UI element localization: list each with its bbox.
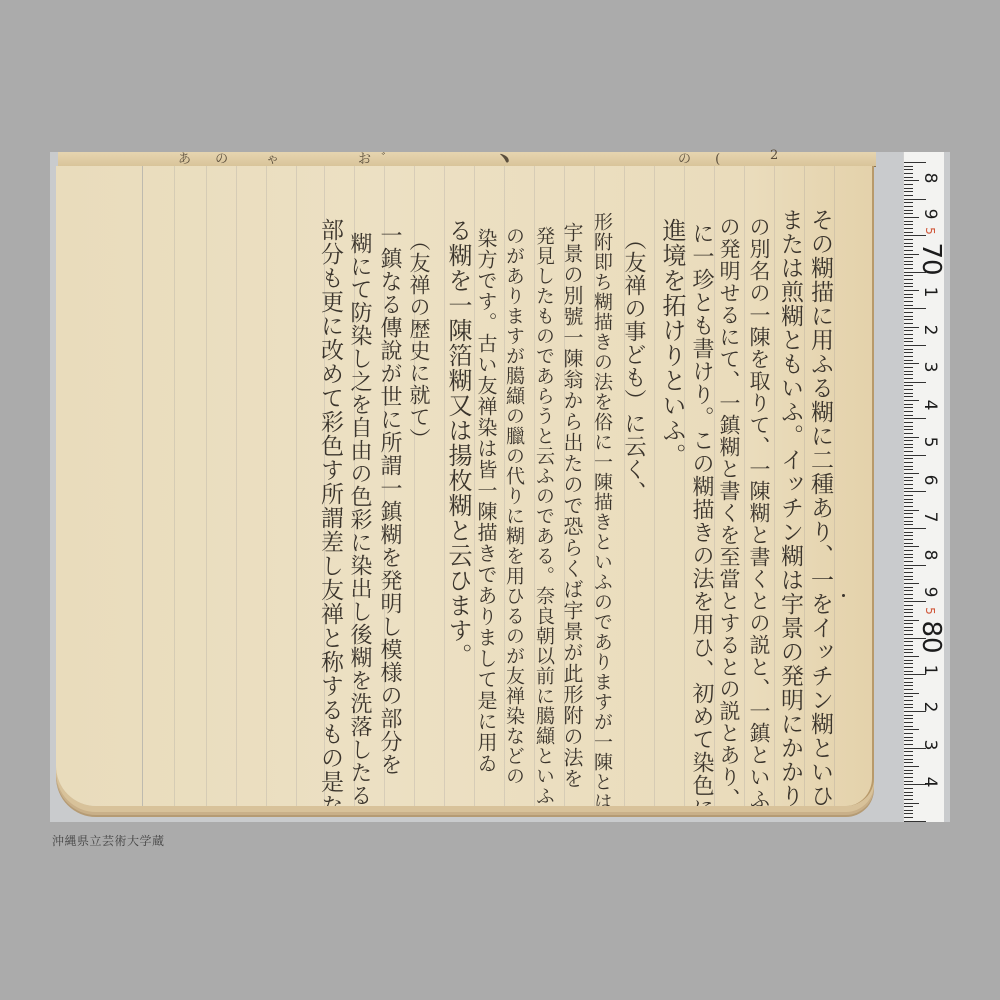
ruler-tick bbox=[904, 202, 913, 203]
ruler-label: 8 bbox=[920, 166, 940, 190]
collection-caption: 沖縄県立芸術大学蔵 bbox=[52, 832, 165, 849]
ruler-label: 3 bbox=[920, 355, 940, 379]
ruler-tick bbox=[904, 550, 913, 551]
ruler-tick bbox=[904, 477, 913, 478]
ruler-tick bbox=[904, 579, 913, 580]
ruler-tick bbox=[904, 195, 913, 196]
notebook-page: その糊描に用ふる糊に二種あり、一をイッチン糊といひ、一を餅糊 または煎糊ともいふ… bbox=[56, 166, 874, 806]
ruler-tick bbox=[904, 382, 926, 383]
ruler-tick bbox=[904, 594, 913, 595]
ruler-tick bbox=[904, 616, 913, 617]
ruler-tick bbox=[904, 268, 913, 269]
text-column-12: 染方です。古い友禅染は皆一陳描きでありまして是に用ゐ bbox=[476, 228, 496, 774]
ruler-tick bbox=[904, 458, 913, 459]
ruler-tick bbox=[904, 671, 913, 672]
ruler-tick bbox=[904, 510, 919, 511]
ruler-tick bbox=[904, 517, 913, 518]
prev-page-fragment: あ の bbox=[178, 148, 238, 167]
ruler-label: 5 bbox=[923, 219, 937, 243]
ruler-tick bbox=[904, 568, 913, 569]
ruler-tick bbox=[904, 557, 913, 558]
ruler-tick bbox=[904, 294, 913, 295]
text-column-8: 形附即ち糊描きの法を俗に一陳描きといふのでありますが一陳とは bbox=[592, 212, 611, 806]
ruler-tick bbox=[904, 323, 913, 324]
rule-line bbox=[206, 166, 207, 806]
rule-line bbox=[654, 166, 655, 806]
ruler-tick bbox=[904, 466, 913, 467]
text-column-5: に一珍とも書けり。この糊描きの法を用ひ、初めて染色に一大 bbox=[690, 222, 712, 806]
ruler-tick bbox=[904, 275, 913, 276]
ruler-tick bbox=[904, 341, 913, 342]
ruler-tick bbox=[904, 733, 913, 734]
ruler-tick bbox=[904, 224, 913, 225]
ruler-label: 80 bbox=[916, 620, 944, 654]
ruler-tick bbox=[904, 389, 913, 390]
ruler-tick bbox=[904, 473, 919, 474]
ruler-tick bbox=[904, 630, 913, 631]
ruler-label: 1 bbox=[920, 280, 940, 304]
ruler-tick bbox=[904, 356, 913, 357]
ruler-tick bbox=[904, 656, 919, 657]
ruler-tick bbox=[904, 799, 913, 800]
ruler-tick bbox=[904, 788, 913, 789]
ruler-tick bbox=[904, 371, 913, 372]
text-column-11: のがありますが臈纈の臘の代りに糊を用ひるのが友禅染などの bbox=[504, 226, 523, 786]
ruler-label: 8 bbox=[920, 543, 940, 567]
ruler-label: 4 bbox=[920, 770, 940, 794]
rule-line bbox=[774, 166, 775, 806]
ruler-tick bbox=[904, 283, 913, 284]
prev-page-fragment: ﹅ bbox=[498, 148, 521, 167]
ruler-tick bbox=[904, 210, 913, 211]
ruler-tick bbox=[904, 813, 913, 814]
ruler-tick bbox=[904, 502, 913, 503]
ruler-tick bbox=[904, 700, 913, 701]
ruler-tick bbox=[904, 729, 919, 730]
ruler-tick bbox=[904, 649, 913, 650]
rule-line bbox=[296, 166, 297, 806]
ruler-label: 2 bbox=[920, 318, 940, 342]
ruler-tick bbox=[904, 535, 913, 536]
ruler-tick bbox=[904, 469, 913, 470]
ruler-tick bbox=[904, 418, 926, 419]
ruler-tick bbox=[904, 173, 913, 174]
rule-line bbox=[714, 166, 715, 806]
ruler-tick bbox=[904, 374, 913, 375]
ruler-tick bbox=[904, 455, 926, 456]
ruler-tick bbox=[904, 301, 913, 302]
ruler-tick bbox=[904, 462, 913, 463]
ruler-tick bbox=[904, 499, 913, 500]
text-column-14: （友禅の歴史に就て） bbox=[408, 230, 429, 450]
ruler-tick bbox=[904, 327, 919, 328]
ruler-tick bbox=[904, 806, 913, 807]
ruler-tick bbox=[904, 696, 913, 697]
ruler-label: 1 bbox=[920, 658, 940, 682]
text-column-1: その糊描に用ふる糊に二種あり、一をイッチン糊といひ、一を餅糊 bbox=[808, 208, 831, 806]
ruler-tick bbox=[904, 162, 926, 163]
rule-line bbox=[834, 166, 835, 806]
ruler-tick bbox=[904, 261, 913, 262]
ruler-tick bbox=[904, 660, 913, 661]
ruler-tick bbox=[904, 513, 913, 514]
ruler-tick bbox=[904, 437, 919, 438]
text-column-4: の発明せるにて、一鎮糊と書くを至當とするとの説とあり、また傳說 bbox=[718, 216, 739, 806]
ruler-tick bbox=[904, 821, 926, 822]
ruler-tick bbox=[904, 495, 913, 496]
text-column-10: 発見したものであらうと云ふのである。奈良朝以前に臈纈といふ bbox=[534, 226, 553, 806]
margin-line bbox=[142, 166, 143, 806]
ruler-tick bbox=[904, 795, 913, 796]
ruler-label: 7 bbox=[920, 505, 940, 529]
ruler-tick bbox=[904, 718, 913, 719]
ruler-tick bbox=[904, 169, 913, 170]
text-column-9: 宇景の別號一陳翁から出たので恐らくば宇景が此形附の法を bbox=[562, 222, 582, 789]
ruler-tick bbox=[904, 693, 919, 694]
ruler-tick bbox=[904, 480, 913, 481]
ruler-tick bbox=[904, 396, 913, 397]
ruler-tick bbox=[904, 177, 913, 178]
ruler-tick bbox=[904, 773, 913, 774]
text-column-3: の別名の一陳を取りて、一陳糊と書くとの説と、一鎮といふる傳說 bbox=[748, 216, 769, 806]
ruler-tick bbox=[904, 506, 913, 507]
ruler-tick bbox=[904, 232, 913, 233]
text-column-13: る糊を一陳箔糊又は揚枚糊と云ひます。 bbox=[446, 218, 470, 668]
ruler-label: 4 bbox=[920, 393, 940, 417]
ruler-tick bbox=[904, 316, 913, 317]
ruler-tick bbox=[904, 704, 913, 705]
ruler-tick bbox=[904, 715, 913, 716]
rule-line bbox=[744, 166, 745, 806]
ruler-tick bbox=[904, 308, 926, 309]
ruler-tick bbox=[904, 484, 913, 485]
ruler-tick bbox=[904, 257, 913, 258]
ruler-tick bbox=[904, 451, 913, 452]
ruler-label: 3 bbox=[920, 733, 940, 757]
ruler-tick bbox=[904, 290, 919, 291]
ruler-tick bbox=[904, 297, 913, 298]
ruler-tick bbox=[904, 682, 913, 683]
ink-speck bbox=[842, 594, 845, 597]
ruler-tick bbox=[904, 411, 913, 412]
ruler-tick bbox=[904, 781, 913, 782]
ruler-tick bbox=[904, 352, 913, 353]
ruler-tick bbox=[904, 539, 913, 540]
ruler-tick bbox=[904, 180, 919, 181]
ruler-tick bbox=[904, 312, 913, 313]
ruler-tick bbox=[904, 543, 913, 544]
ruler-tick bbox=[904, 561, 913, 562]
ruler-tick bbox=[904, 433, 913, 434]
ruler-tick bbox=[904, 546, 919, 547]
text-column-15: 一鎮なる傳說が世に所謂一鎮糊を発明し模様の部分を bbox=[378, 224, 400, 776]
ruler-tick bbox=[904, 792, 913, 793]
ruler-tick bbox=[904, 652, 913, 653]
prev-page-fragment: お゛ bbox=[358, 148, 404, 167]
ruler-tick bbox=[904, 422, 913, 423]
text-column-16: 糊にて防染し之を自由の色彩に染出し後糊を洗落したる bbox=[348, 232, 370, 806]
ruler-tick bbox=[904, 378, 913, 379]
ruler-tick bbox=[904, 404, 913, 405]
ruler-tick bbox=[904, 400, 919, 401]
ruler-tick bbox=[904, 810, 913, 811]
ruler-tick bbox=[904, 751, 913, 752]
prev-page-fragment: 2 bbox=[770, 148, 788, 163]
ruler-tick bbox=[904, 598, 913, 599]
ruler-label: 2 bbox=[920, 695, 940, 719]
ruler-tick bbox=[904, 685, 913, 686]
ruler-tick bbox=[904, 349, 913, 350]
ruler-tick bbox=[904, 345, 926, 346]
ruler-tick bbox=[904, 334, 913, 335]
ruler-tick bbox=[904, 385, 913, 386]
ruler-label: 6 bbox=[920, 468, 940, 492]
ruler-tick bbox=[904, 590, 913, 591]
text-column-2: または煎糊ともいふ。イッチン糊は宇景の発明にかかり宇景 bbox=[778, 208, 801, 806]
ruler-tick bbox=[904, 605, 913, 606]
ruler-tick bbox=[904, 184, 913, 185]
ruler-tick bbox=[904, 817, 913, 818]
ruler-tick bbox=[904, 587, 913, 588]
ruler-tick bbox=[904, 524, 913, 525]
ruler-tick bbox=[904, 759, 913, 760]
ruler-tick bbox=[904, 740, 913, 741]
ruler-tick bbox=[904, 583, 919, 584]
ruler-tick bbox=[904, 532, 913, 533]
ruler-tick bbox=[904, 393, 913, 394]
ruler-label: 70 bbox=[916, 242, 944, 276]
ruler-tick bbox=[904, 206, 913, 207]
ruler-tick bbox=[904, 429, 913, 430]
ruler-tick bbox=[904, 572, 913, 573]
rule-line bbox=[804, 166, 805, 806]
ruler-tick bbox=[904, 319, 913, 320]
ruler-tick bbox=[904, 286, 913, 287]
previous-page-edge: あ の ゃ お゛ ﹅ の ( 2 bbox=[58, 152, 876, 167]
ruler-tick bbox=[904, 338, 913, 339]
ruler-tick bbox=[904, 777, 913, 778]
ruler-tick bbox=[904, 447, 913, 448]
ruler-tick bbox=[904, 755, 913, 756]
ruler-tick bbox=[904, 678, 913, 679]
ruler-tick bbox=[904, 305, 913, 306]
ruler-tick bbox=[904, 199, 926, 200]
ruler-tick bbox=[904, 737, 913, 738]
ruler-tick bbox=[904, 360, 913, 361]
ruler-tick bbox=[904, 689, 913, 690]
ruler-tick bbox=[904, 279, 913, 280]
ruler-tick bbox=[904, 609, 913, 610]
ruler-tick bbox=[904, 627, 913, 628]
ruler-tick bbox=[904, 246, 913, 247]
rule-line bbox=[174, 166, 175, 806]
prev-page-fragment: の ( bbox=[678, 148, 730, 167]
ruler-tick bbox=[904, 612, 913, 613]
ruler-tick bbox=[904, 488, 913, 489]
ruler-tick bbox=[904, 191, 913, 192]
ruler-tick bbox=[904, 440, 913, 441]
ruler-tick bbox=[904, 521, 913, 522]
rule-line bbox=[236, 166, 237, 806]
ruler-tick bbox=[904, 623, 913, 624]
ruler-tick bbox=[904, 667, 913, 668]
ruler-tick bbox=[904, 722, 913, 723]
ruler-tick bbox=[904, 744, 913, 745]
prev-page-fragment: ゃ bbox=[266, 148, 289, 167]
text-column-17: 部分も更に改めて彩色す所謂差し友禅と称するもの是なり bbox=[318, 218, 341, 806]
ruler-tick bbox=[904, 663, 913, 664]
ruler-tick bbox=[904, 645, 913, 646]
ruler-tick bbox=[904, 217, 919, 218]
ruler-tick bbox=[904, 641, 913, 642]
ruler-label: 5 bbox=[920, 430, 940, 454]
rule-line bbox=[266, 166, 267, 806]
ruler-tick bbox=[904, 634, 913, 635]
ruler-tick bbox=[904, 221, 913, 222]
ruler-tick bbox=[904, 363, 919, 364]
ruler-tick bbox=[904, 213, 913, 214]
ruler-tick bbox=[904, 188, 913, 189]
ruler-tick bbox=[904, 762, 913, 763]
ruler-tick bbox=[904, 426, 913, 427]
text-column-7: （友禅の事ども）に云く、 bbox=[622, 228, 644, 504]
ruler-tick bbox=[904, 228, 913, 229]
ruler-tick bbox=[904, 250, 913, 251]
ruler-tick bbox=[904, 367, 913, 368]
ruler-tick bbox=[904, 330, 913, 331]
ruler-tick bbox=[904, 554, 913, 555]
ruler-tick bbox=[904, 576, 913, 577]
ruler-tick bbox=[904, 264, 913, 265]
measuring-ruler: 895701234567895801234 bbox=[903, 152, 944, 822]
ruler-tick bbox=[904, 803, 919, 804]
ruler-tick bbox=[904, 707, 913, 708]
ruler-tick bbox=[904, 415, 913, 416]
ruler-tick bbox=[904, 407, 913, 408]
ruler-tick bbox=[904, 770, 913, 771]
text-column-6: 進境を拓けりといふ。 bbox=[660, 218, 684, 468]
ruler-tick bbox=[904, 726, 913, 727]
ruler-tick bbox=[904, 766, 919, 767]
ruler-tick bbox=[904, 444, 913, 445]
ruler-tick bbox=[904, 166, 913, 167]
ruler-tick bbox=[904, 243, 913, 244]
ruler-tick bbox=[904, 239, 913, 240]
